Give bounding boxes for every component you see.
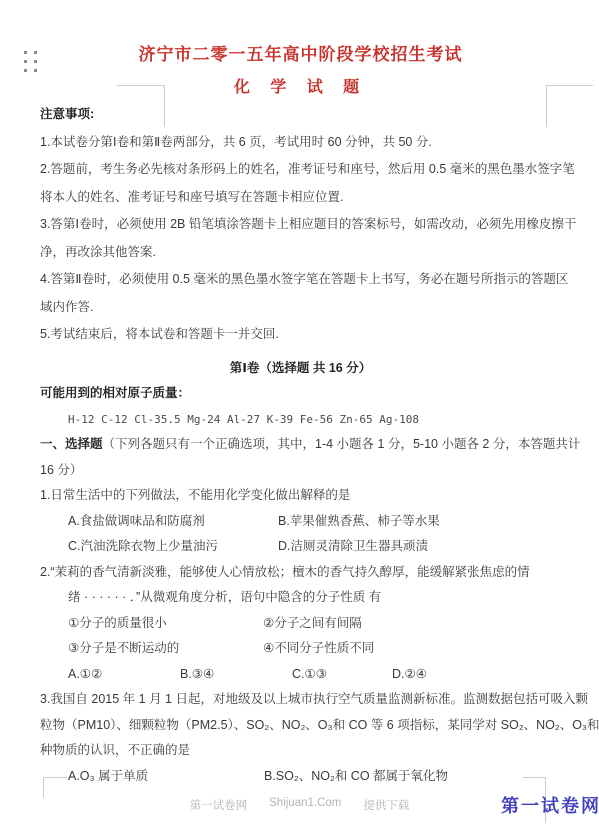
q3-options-row: A.O₃ 属于单质 B.SO₂、NO₂和 CO 都属于氧化物: [40, 764, 561, 790]
q1-option-a: A.食盐做调味品和防腐剂: [68, 509, 278, 535]
drag-dots-icon: [24, 51, 38, 73]
crop-mark-top-right: [546, 85, 593, 127]
q3-stem-line2: 粒物（PM10）、细颗粒物（PM2.5）、SO₂、NO₂、O₃和 CO 等 6 …: [40, 713, 561, 739]
choice-directive-line1: 一、选择题（下列各题只有一个正确选项，其中，1-4 小题各 1 分，5-10 小…: [40, 432, 561, 458]
q3-stem-line3: 种物质的认识，不正确的是: [40, 738, 561, 764]
notice-item-2: 2.答题前，考生务必先核对条形码上的姓名，准考证号和座号，然后用 0.5 毫米的…: [40, 156, 561, 211]
q2-answer-d: D.②④: [392, 662, 427, 688]
q1-option-c: C.汽油洗除衣物上少量油污: [68, 534, 278, 560]
watermark-site-name: 第一试卷网: [501, 792, 599, 818]
q2-property-1: ①分子的质量很小: [68, 611, 263, 637]
choice-directive-text: （下列各题只有一个正确选项，其中，1-4 小题各 1 分，5-10 小题各 2 …: [103, 437, 581, 451]
q2-property-2: ②分子之间有间隔: [263, 611, 362, 637]
exam-title: 济宁市二零一五年高中阶段学校招生考试: [40, 46, 561, 64]
q2-answer-b: B.③④: [180, 662, 292, 688]
section-1: 第Ⅰ卷（选择题 共 16 分） 可能用到的相对原子质量： H-12 C-12 C…: [40, 356, 561, 790]
q1-option-d: D.洁厕灵清除卫生器具顽渍: [278, 534, 428, 560]
q1-options-row-2: C.汽油洗除衣物上少量油污 D.洁厕灵清除卫生器具顽渍: [40, 534, 561, 560]
q2-answers-row: A.①② B.③④ C.①③ D.②④: [40, 662, 561, 688]
q1-option-b: B.苹果催熟香蕉、柿子等水果: [278, 509, 440, 535]
exam-paper-page: 济宁市二零一五年高中阶段学校招生考试 化 学 试 题 注意事项: 1.本试卷分第…: [0, 0, 599, 829]
footer-site-link[interactable]: 第一试卷网: [190, 797, 248, 813]
choice-directive-bold-label: 一、选择题: [40, 437, 103, 451]
section1-heading: 第Ⅰ卷（选择题 共 16 分）: [40, 356, 561, 382]
footer-download-hint: 提供下载: [363, 797, 409, 813]
q2-stem-line2: 绪 · · · · · · ．”从微观角度分析，语句中隐含的分子性质 有: [40, 585, 561, 611]
q1-options-row-1: A.食盐做调味品和防腐剂 B.苹果催熟香蕉、柿子等水果: [40, 509, 561, 535]
notices-block: 注意事项: 1.本试卷分第Ⅰ卷和第Ⅱ卷两部分，共 6 页，考试用时 60 分钟，…: [40, 101, 561, 349]
q2-answer-a: A.①②: [68, 662, 180, 688]
choice-directive-line2: 16 分）: [40, 458, 561, 484]
q3-option-b: B.SO₂、NO₂和 CO 都属于氧化物: [264, 764, 448, 790]
notice-item-3: 3.答第Ⅰ卷时，必须使用 2B 铅笔填涂答题卡上相应题目的答案标号，如需改动，必…: [40, 211, 561, 266]
crop-mark-bottom-left: [43, 777, 67, 798]
q2-property-3: ③分子是不断运动的: [68, 636, 263, 662]
notice-item-1: 1.本试卷分第Ⅰ卷和第Ⅱ卷两部分，共 6 页，考试用时 60 分钟，共 50 分…: [40, 129, 561, 157]
q3-stem-line1: 3.我国自 2015 年 1 月 1 日起，对地级及以上城市执行空气质量监测新标…: [40, 687, 561, 713]
document-body: 济宁市二零一五年高中阶段学校招生考试 化 学 试 题 注意事项: 1.本试卷分第…: [0, 0, 599, 789]
crop-mark-top-left: [117, 85, 165, 127]
q3-option-a: A.O₃ 属于单质: [68, 764, 264, 790]
notice-item-5: 5.考试结束后，将本试卷和答题卡一并交回.: [40, 321, 561, 349]
atomic-masses-values: H-12 C-12 Cl-35.5 Mg-24 Al-27 K-39 Fe-56…: [40, 407, 561, 433]
q2-answer-c: C.①③: [292, 662, 392, 688]
q2-properties-row-1: ①分子的质量很小 ②分子之间有间隔: [40, 611, 561, 637]
notice-item-4: 4.答第Ⅱ卷时，必须使用 0.5 毫米的黑色墨水签字笔在答题卡上书写，务必在题号…: [40, 266, 561, 321]
q2-properties-row-2: ③分子是不断运动的 ④不同分子性质不同: [40, 636, 561, 662]
footer-site-url[interactable]: Shijuan1.Com: [269, 797, 341, 813]
q1-stem: 1.日常生活中的下列做法，不能用化学变化做出解释的是: [40, 483, 561, 509]
q2-stem-line1: 2.“茉莉的香气清新淡雅，能够使人心情放松；檀木的香气持久醇厚，能缓解紧张焦虑的…: [40, 560, 561, 586]
atomic-masses-label: 可能用到的相对原子质量：: [40, 381, 561, 407]
q2-property-4: ④不同分子性质不同: [263, 636, 374, 662]
